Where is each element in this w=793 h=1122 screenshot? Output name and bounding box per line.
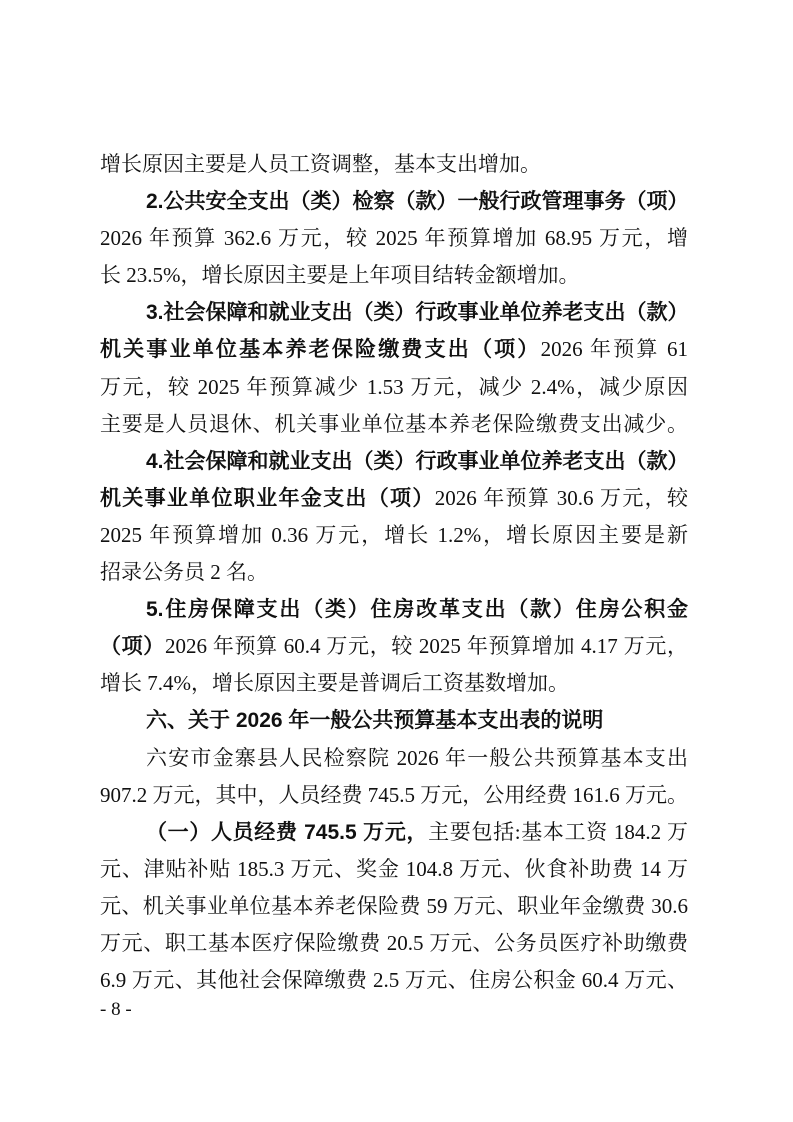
text-segment: 增长 7.4%，增长原因主要是普调后工资基数增加。 [100, 671, 569, 695]
text-segment: 万元，较 2025 年预算减少 1.53 万元，减少 2.4%，减少原因 [100, 375, 688, 399]
text-line-15: 增长 7.4%，增长原因主要是普调后工资基数增加。 [100, 665, 688, 702]
text-segment: 元、机关事业单位基本养老保险费 59 万元、职业年金缴费 30.6 [100, 894, 688, 918]
text-line-9: 4.社会保障和就业支出（类）行政事业单位养老支出（款） [100, 443, 688, 480]
text-line-12: 招录公务员 2 名。 [100, 554, 688, 591]
text-segment: 元、津贴补贴 185.3 万元、奖金 104.8 万元、伙食补助费 14 万 [100, 857, 688, 881]
text-line-22: 万元、职工基本医疗保险缴费 20.5 万元、公务员医疗补助缴费 [100, 925, 688, 962]
page-number: - 8 - [100, 998, 132, 1022]
document-page: 增长原因主要是人员工资调整，基本支出增加。2.公共安全支出（类）检察（款）一般行… [0, 0, 793, 1122]
text-line-16: 六、关于 2026 年一般公共预算基本支出表的说明 [100, 702, 688, 739]
bold-text-segment: 机关事业单位基本养老保险缴费支出（项） [100, 338, 541, 361]
text-line-21: 元、机关事业单位基本养老保险费 59 万元、职业年金缴费 30.6 [100, 888, 688, 925]
text-line-18: 907.2 万元，其中，人员经费 745.5 万元，公用经费 161.6 万元。 [100, 777, 688, 814]
text-line-20: 元、津贴补贴 185.3 万元、奖金 104.8 万元、伙食补助费 14 万 [100, 851, 688, 888]
text-segment: 2025 年预算增加 0.36 万元，增长 1.2%，增长原因主要是新 [100, 523, 688, 547]
text-line-14: （项）2026 年预算 60.4 万元，较 2025 年预算增加 4.17 万元… [100, 628, 688, 665]
text-line-17: 六安市金寨县人民检察院 2026 年一般公共预算基本支出 [100, 740, 688, 777]
text-line-23: 6.9 万元、其他社会保障缴费 2.5 万元、住房公积金 60.4 万元、 [100, 962, 688, 999]
text-segment: 六安市金寨县人民检察院 2026 年一般公共预算基本支出 [146, 746, 688, 770]
text-segment: 长 23.5%，增长原因主要是上年项目结转金额增加。 [100, 263, 580, 287]
bold-text-segment: 2.公共安全支出（类）检察（款）一般行政管理事务（项） [146, 190, 688, 213]
text-segment: 万元、职工基本医疗保险缴费 20.5 万元、公务员医疗补助缴费 [100, 931, 688, 955]
text-segment: 2026 年预算 60.4 万元，较 2025 年预算增加 4.17 万元， [165, 634, 688, 658]
text-line-10: 机关事业单位职业年金支出（项）2026 年预算 30.6 万元，较 [100, 480, 688, 517]
bold-text-segment: （一）人员经费 745.5 万元， [146, 821, 428, 844]
text-line-7: 万元，较 2025 年预算减少 1.53 万元，减少 2.4%，减少原因 [100, 369, 688, 406]
bold-text-segment: 5.住房保障支出（类）住房改革支出（款）住房公积金 [146, 598, 688, 621]
text-line-3: 2026 年预算 362.6 万元，较 2025 年预算增加 68.95 万元，… [100, 220, 688, 257]
bold-text-segment: 机关事业单位职业年金支出（项） [100, 487, 435, 510]
text-line-8: 主要是人员退休、机关事业单位基本养老保险缴费支出减少。 [100, 406, 688, 443]
text-line-5: 3.社会保障和就业支出（类）行政事业单位养老支出（款） [100, 294, 688, 331]
text-segment: 2026 年预算 30.6 万元，较 [435, 486, 688, 510]
bold-text-segment: （项） [100, 635, 165, 658]
text-segment: 2026 年预算 362.6 万元，较 2025 年预算增加 68.95 万元，… [100, 226, 688, 250]
text-line-6: 机关事业单位基本养老保险缴费支出（项）2026 年预算 61 [100, 331, 688, 368]
text-line-19: （一）人员经费 745.5 万元，主要包括:基本工资 184.2 万 [100, 814, 688, 851]
text-line-4: 长 23.5%，增长原因主要是上年项目结转金额增加。 [100, 257, 688, 294]
text-segment: 增长原因主要是人员工资调整，基本支出增加。 [100, 152, 541, 176]
text-segment: 主要包括:基本工资 184.2 万 [428, 820, 688, 844]
text-segment: 招录公务员 2 名。 [100, 560, 268, 584]
text-line-1: 增长原因主要是人员工资调整，基本支出增加。 [100, 146, 688, 183]
text-line-13: 5.住房保障支出（类）住房改革支出（款）住房公积金 [100, 591, 688, 628]
text-line-11: 2025 年预算增加 0.36 万元，增长 1.2%，增长原因主要是新 [100, 517, 688, 554]
document-body: 增长原因主要是人员工资调整，基本支出增加。2.公共安全支出（类）检察（款）一般行… [100, 146, 688, 999]
bold-text-segment: 3.社会保障和就业支出（类）行政事业单位养老支出（款） [146, 301, 688, 324]
text-segment: 6.9 万元、其他社会保障缴费 2.5 万元、住房公积金 60.4 万元、 [100, 968, 688, 992]
bold-text-segment: 4.社会保障和就业支出（类）行政事业单位养老支出（款） [146, 450, 688, 473]
text-line-2: 2.公共安全支出（类）检察（款）一般行政管理事务（项） [100, 183, 688, 220]
text-segment: 主要是人员退休、机关事业单位基本养老保险缴费支出减少。 [100, 412, 688, 436]
text-segment: 2026 年预算 61 [541, 337, 688, 361]
text-segment: 907.2 万元，其中，人员经费 745.5 万元，公用经费 161.6 万元。 [100, 783, 688, 807]
heading-text-segment: 六、关于 2026 年一般公共预算基本支出表的说明 [146, 709, 603, 732]
